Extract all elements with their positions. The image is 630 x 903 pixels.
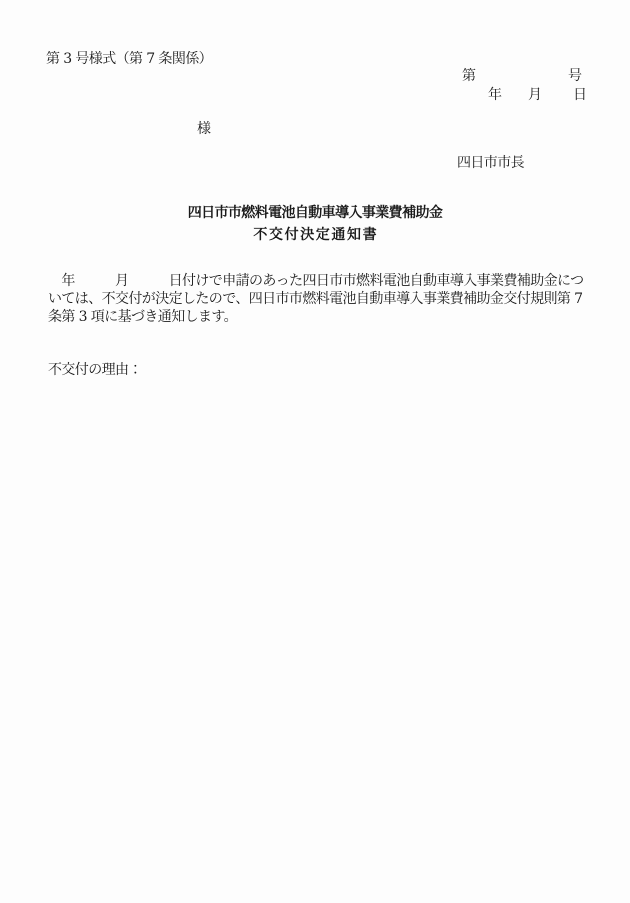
- addressee-honorific: 様: [197, 118, 211, 138]
- doc-number-prefix: 第: [462, 65, 476, 85]
- body-line: 条第 3 項に基づき通知します。: [48, 308, 593, 326]
- reason-label: 不交付の理由：: [48, 359, 142, 379]
- body-line: 年 月 日付けで申請のあった四日市市燃料電池自動車導入事業費補助金につ: [48, 272, 593, 290]
- date-year-label: 年: [488, 84, 502, 104]
- document-title-line1: 四日市市燃料電池自動車導入事業費補助金: [0, 202, 630, 224]
- body-line: いては、不交付が決定したので、四日市市燃料電池自動車導入事業費補助金交付規則第 …: [48, 290, 593, 308]
- document-title: 四日市市燃料電池自動車導入事業費補助金 不交付決定通知書: [0, 202, 630, 246]
- date-day-label: 日: [573, 84, 587, 104]
- sender-name: 四日市市長: [457, 152, 524, 172]
- document-title-line2: 不交付決定通知書: [0, 224, 630, 246]
- form-number-label: 第 3 号様式（第 7 条関係）: [46, 48, 212, 68]
- document-page: 第 3 号様式（第 7 条関係） 第 号 年 月 日 様 四日市市長 四日市市燃…: [0, 0, 630, 903]
- date-month-label: 月: [528, 84, 542, 104]
- doc-number-suffix: 号: [568, 65, 582, 85]
- body-paragraph: 年 月 日付けで申請のあった四日市市燃料電池自動車導入事業費補助金につ いては、…: [48, 272, 593, 326]
